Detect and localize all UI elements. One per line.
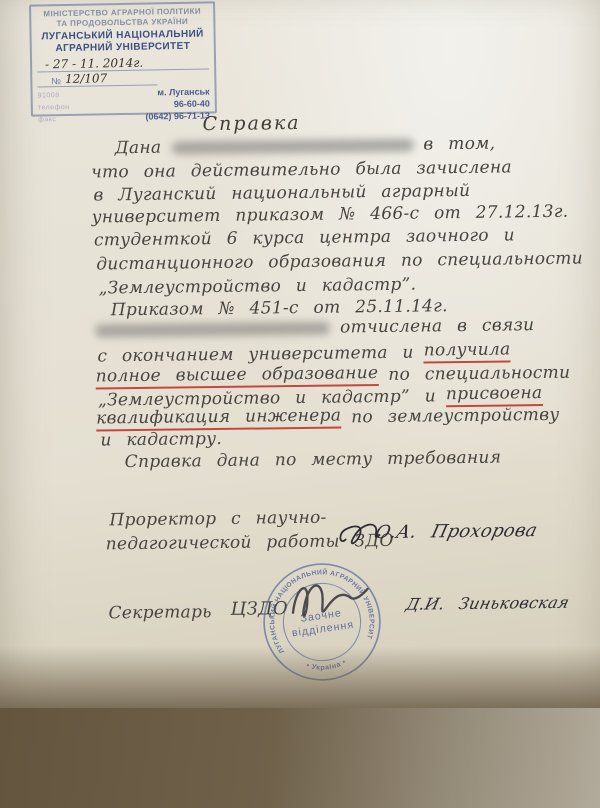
underlined-text: квалификация инженера — [96, 405, 341, 431]
line-text: в Луганский национальный аграрный — [93, 181, 470, 206]
signature-name: Д.И. Зиньковская — [404, 593, 571, 614]
table-shadow — [0, 708, 600, 808]
body-line: дистанционного образования по специально… — [96, 249, 583, 275]
line-text: отчислена в связи — [340, 315, 535, 337]
secretary-signature: Д.И. Зиньковская — [406, 593, 569, 614]
paper-edge-fade — [0, 646, 600, 710]
underlined-text: получила — [424, 339, 511, 363]
line-text: Справка дана по месту требования — [125, 448, 502, 473]
body-line: „Землеустройство и кадастр”. — [98, 275, 416, 299]
prorector-signature: О.А. Прохорова — [337, 513, 537, 549]
document-photo: МІНІСТЕРСТВО АГРАРНОЇ ПОЛІТИКИ ТА ПРОДОВ… — [0, 0, 600, 808]
prorector-label-line1: Проректор с научно- — [109, 508, 326, 531]
body-line: университет приказом № 466-с от 27.12.13… — [92, 202, 569, 228]
redacted-name-blur — [171, 138, 413, 154]
line-text: по специальности — [388, 362, 570, 384]
line-text: „Землеустройство и кадастр”. — [98, 275, 416, 299]
line-text: в том, — [423, 134, 495, 155]
line-text: Дана — [115, 138, 162, 159]
redacted-name-blur — [95, 321, 330, 337]
line-text: университет приказом № 466-с от 27.12.13… — [92, 202, 569, 228]
secretary-label: Секретарь — [108, 602, 212, 623]
line-text: что она действительно была зачислена — [91, 157, 512, 182]
line-text: дистанционного образования по специально… — [96, 249, 583, 275]
body-line: студенткой 6 курса центра заочного и — [94, 225, 515, 250]
line-text: студенткой 6 курса центра заочного и — [94, 225, 515, 250]
document-title: Справка — [202, 112, 300, 135]
signature-name: О.А. Прохорова — [373, 520, 539, 543]
body-line: в Луганский национальный аграрный — [93, 181, 470, 206]
body-line: Дана в том, — [115, 134, 496, 159]
body-line: отчислена в связи — [95, 315, 535, 340]
body-line: Справка дана по месту требования — [125, 448, 502, 473]
body-line: и кадастру. — [100, 429, 222, 450]
body-line: что она действительно была зачислена — [91, 157, 512, 182]
line-text: по землеустройству — [351, 404, 559, 427]
body-line: квалификация инженера по землеустройству — [96, 403, 560, 432]
line-text: и кадастру. — [100, 429, 222, 450]
